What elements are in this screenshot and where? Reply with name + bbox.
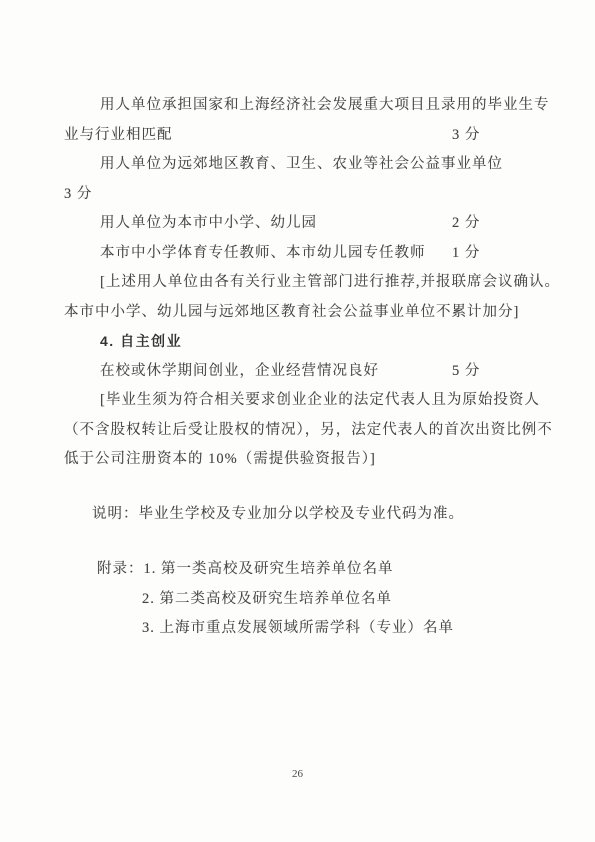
employer-item-match-line2: 业与行业相匹配 3 分 — [64, 121, 534, 151]
page-number: 26 — [0, 768, 595, 780]
appendix-item: 1. 第一类高校及研究生培养单位名单 — [144, 561, 394, 577]
employer-item-teacher-line: 本市中小学体育专任教师、本市幼儿园专任教师 1 分 — [64, 239, 534, 269]
employer-item-match-line1: 用人单位承担国家和上海经济社会发展重大项目且录用的毕业生专 — [64, 91, 534, 121]
text-run: 用人单位为本市中小学、幼儿园 — [100, 215, 317, 231]
score-value: 3 分 — [452, 121, 480, 151]
document-page: 用人单位承担国家和上海经济社会发展重大项目且录用的毕业生专 业与行业相匹配 3 … — [0, 0, 595, 842]
text-run: 本市中小学体育专任教师、本市幼儿园专任教师 — [100, 245, 426, 261]
text-run: （不含股权转让后受让股权的情况），另，法定代表人的首次出资比例不 — [64, 422, 553, 438]
score-value: 5 分 — [452, 357, 480, 387]
appendix-item: 3. 上海市重点发展领域所需学科（专业）名单 — [142, 620, 454, 636]
score-value: 2 分 — [452, 209, 480, 239]
appendix-line-1: 附录：1. 第一类高校及研究生培养单位名单 — [97, 555, 454, 585]
text-run: 用人单位为远郊地区教育、卫生、农业等社会公益事业单位 — [100, 156, 503, 172]
score-value: 1 分 — [452, 239, 480, 269]
text-run: 本市中小学、幼儿园与远郊地区教育社会公益事业单位不累计加分] — [64, 304, 519, 320]
employer-note-line1: [上述用人单位由各有关行业主管部门进行推荐,并报联席会议确认。 — [64, 268, 534, 298]
startup-item-line: 在校或休学期间创业，企业经营情况良好 5 分 — [64, 357, 534, 387]
remark-line: 说明：毕业生学校及专业加分以学校及专业代码为准。 — [92, 500, 464, 530]
startup-note-line2: （不含股权转让后受让股权的情况），另，法定代表人的首次出资比例不 — [64, 416, 534, 446]
text-run: [上述用人单位由各有关行业主管部门进行推荐,并报联席会议确认。 — [100, 274, 560, 290]
text-run: 在校或休学期间创业，企业经营情况良好 — [100, 363, 379, 379]
appendix-line-2: 2. 第二类高校及研究生培养单位名单 — [97, 585, 454, 615]
employer-item-suburban-line1: 用人单位为远郊地区教育、卫生、农业等社会公益事业单位 — [64, 150, 534, 180]
remark-text: 说明：毕业生学校及专业加分以学校及专业代码为准。 — [92, 506, 464, 522]
appendix-item: 2. 第二类高校及研究生培养单位名单 — [142, 591, 392, 607]
document-body: 用人单位承担国家和上海经济社会发展重大项目且录用的毕业生专 业与行业相匹配 3 … — [64, 91, 534, 475]
score-value: 3 分 — [64, 186, 92, 202]
employer-item-school-line: 用人单位为本市中小学、幼儿园 2 分 — [64, 209, 534, 239]
text-run: 业与行业相匹配 — [64, 127, 173, 143]
startup-note-line1: [毕业生须为符合相关要求创业企业的法定代表人且为原始投资人 — [64, 386, 534, 416]
employer-note-line2: 本市中小学、幼儿园与远郊地区教育社会公益事业单位不累计加分] — [64, 298, 534, 328]
appendix-label: 附录： — [97, 561, 144, 577]
text-run: 用人单位承担国家和上海经济社会发展重大项目且录用的毕业生专 — [100, 97, 550, 113]
text-run: 低于公司注册资本的 10%（需提供验资报告）] — [64, 451, 376, 467]
employer-item-suburban-score-line: 3 分 — [64, 180, 534, 210]
heading-text: 4. 自主创业 — [100, 333, 182, 349]
startup-note-line3: 低于公司注册资本的 10%（需提供验资报告）] — [64, 445, 534, 475]
appendix-block: 附录：1. 第一类高校及研究生培养单位名单 2. 第二类高校及研究生培养单位名单… — [97, 555, 454, 644]
section-heading-startup: 4. 自主创业 — [64, 327, 534, 357]
text-run: [毕业生须为符合相关要求创业企业的法定代表人且为原始投资人 — [100, 392, 540, 408]
appendix-line-3: 3. 上海市重点发展领域所需学科（专业）名单 — [97, 614, 454, 644]
